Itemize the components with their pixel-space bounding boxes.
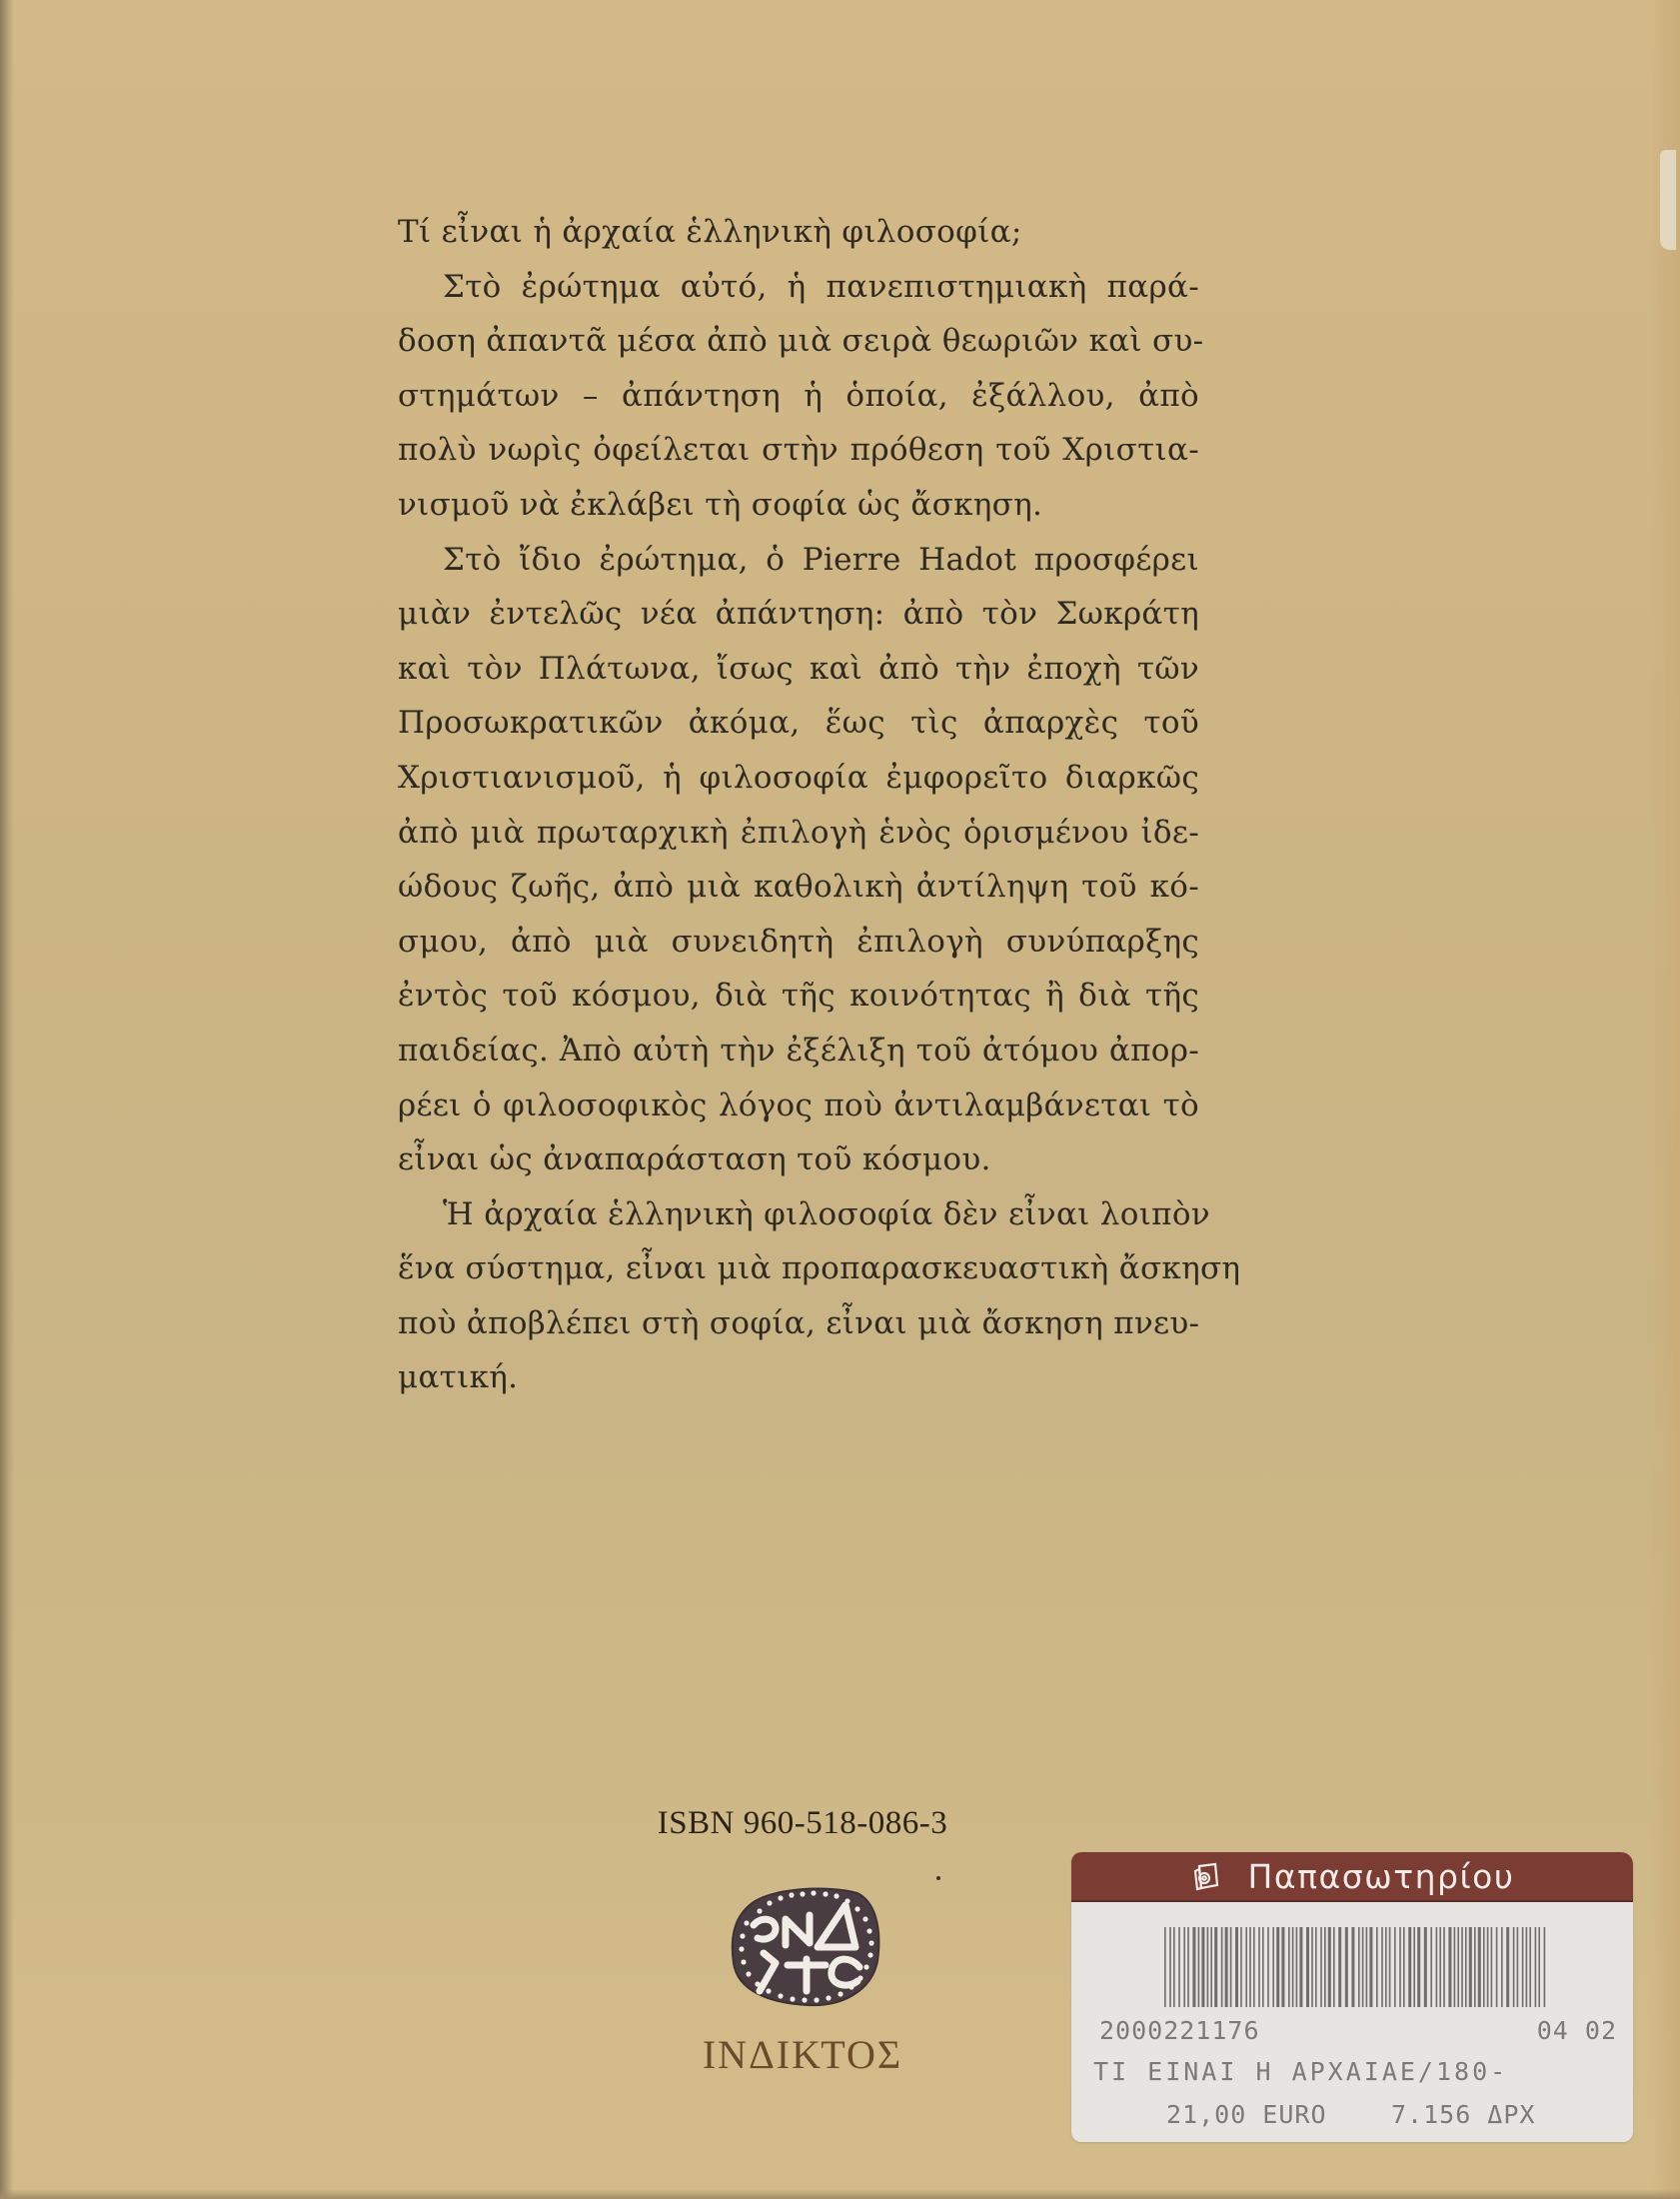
papasotiriou-book-icon <box>1190 1861 1220 1891</box>
print-speck <box>936 1876 940 1880</box>
blurb-line: στημάτων – ἀπάντηση ἡ ὁποία, ἐξάλλου, ἀπ… <box>398 369 1199 424</box>
blurb-line: καὶ τὸν Πλάτωνα, ἴσως καὶ ἀπὸ τὴν ἐποχὴ … <box>398 642 1199 697</box>
blurb-line: ἕνα σύστημα, εἶναι μιὰ προπαρασκευαστικὴ… <box>398 1241 1199 1296</box>
blurb-line: Ἡ ἀρχαία ἑλληνικὴ φιλοσοφία δὲν εἶναι λο… <box>398 1187 1199 1242</box>
cover-right-edge <box>1650 0 1680 2199</box>
blurb-line: ἀπὸ μιὰ πρωταρχικὴ ἐπιλογὴ ἑνὸς ὁρισμένο… <box>398 806 1199 861</box>
blurb-line: Στὸ ἴδιο ἐρώτημα, ὁ Pierre Hadot προσφέρ… <box>398 533 1199 588</box>
blurb-line: Χριστιανισμοῦ, ἡ φιλοσοφία ἐμφορεῖτο δια… <box>398 751 1199 806</box>
publisher-name: ΙΝΔΙΚΤΟΣ <box>603 2031 1002 2078</box>
blurb-line: ποὺ ἀποβλέπει στὴ σοφία, εἶναι μιὰ ἄσκησ… <box>398 1296 1199 1351</box>
cover-left-edge <box>0 0 14 2199</box>
blurb-line: σμου, ἀπὸ μιὰ συνειδητὴ ἐπιλογὴ συνύπαρξ… <box>398 915 1199 970</box>
blurb-line: Προσωκρατικῶν ἀκόμα, ἕως τὶς ἀπαρχὲς τοῦ <box>398 696 1199 751</box>
blurb-line: παιδείας. Ἀπὸ αὐτὴ τὴν ἐξέλιξη τοῦ ἀτόμο… <box>398 1024 1199 1079</box>
price-sticker: Παπασωτηρίου 2000221176 04 02 ΤΙ ΕΙΝΑΙ Η… <box>1071 1852 1633 2142</box>
blurb-line: δοση ἀπαντᾶ μέσα ἀπὸ μιὰ σειρὰ θεωριῶν κ… <box>398 314 1199 369</box>
blurb-line: ρέει ὁ φιλοσοφικὸς λόγος ποὺ ἀντιλαμβάνε… <box>398 1079 1199 1133</box>
blurb-line: ώδους ζωῆς, ἀπὸ μιὰ καθολικὴ ἀντίληψη το… <box>398 860 1199 915</box>
price-drachma: 7.156 ΔΡΧ <box>1391 2100 1535 2129</box>
blurb-line: ἐντὸς τοῦ κόσμου, διὰ τῆς κοινότητας ἢ δ… <box>398 969 1199 1024</box>
back-cover-blurb: Τί εἶναι ἡ ἀρχαία ἑλληνικὴ φιλοσοφία;Στὸ… <box>398 205 1199 1405</box>
blurb-line: νισμοῦ νὰ ἐκλάβει τὴ σοφία ὡς ἄσκηση. <box>398 478 1199 533</box>
barcode-icon <box>1164 1927 1547 2007</box>
cover-wear-mark <box>1660 150 1676 250</box>
cover-bottom-edge <box>0 2189 1680 2199</box>
price-euro: 21,00 EURO <box>1166 2100 1327 2129</box>
blurb-line: εἶναι ὡς ἀναπαράσταση τοῦ κόσμου. <box>398 1132 1199 1187</box>
store-name: Παπασωτηρίου <box>1248 1857 1515 1896</box>
blurb-line: Στὸ ἐρώτημα αὐτό, ἡ πανεπιστημιακὴ παρά- <box>398 260 1199 315</box>
sticker-date: 04 02 <box>1537 2016 1617 2045</box>
sticker-header: Παπασωτηρίου <box>1071 1852 1633 1902</box>
isbn-number: ISBN 960-518-086-3 <box>603 1805 1002 1842</box>
indiktos-coin-logo-icon <box>730 1883 881 2009</box>
product-code: 2000221176 <box>1099 2016 1260 2045</box>
blurb-line: πολὺ νωρὶς ὀφείλεται στὴν πρόθεση τοῦ Χρ… <box>398 423 1199 478</box>
blurb-line: μιὰν ἐντελῶς νέα ἀπάντηση: ἀπὸ τὸν Σωκρά… <box>398 587 1199 642</box>
sticker-title: ΤΙ ΕΙΝΑΙ Η ΑΡΧΑΙΑΕ/180- <box>1093 2057 1508 2086</box>
blurb-line: ματική. <box>398 1350 1199 1405</box>
blurb-line: Τί εἶναι ἡ ἀρχαία ἑλληνικὴ φιλοσοφία; <box>398 205 1199 260</box>
